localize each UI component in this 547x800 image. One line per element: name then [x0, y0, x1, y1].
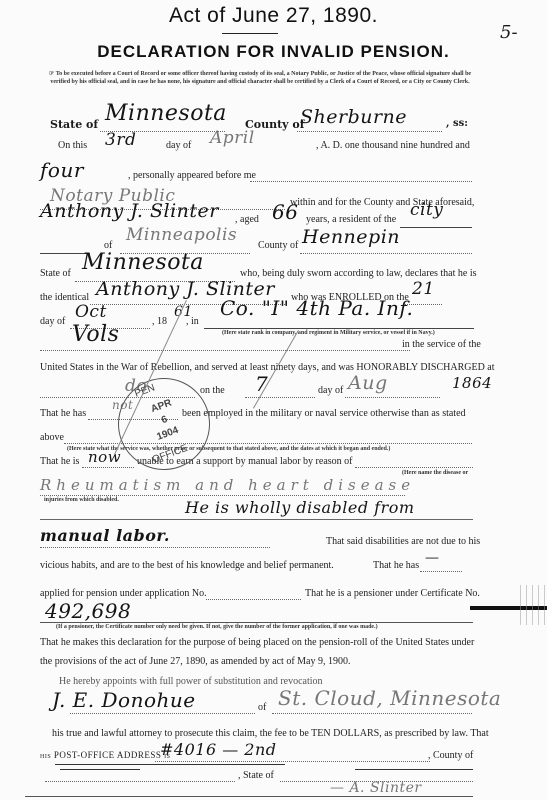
date-day-value[interactable]: 3rd	[105, 130, 136, 150]
has-applied-line	[420, 571, 462, 572]
stamp-bottom: OFFICE	[151, 443, 189, 466]
unit-line	[204, 328, 474, 329]
above-label: above	[40, 432, 64, 443]
disability-prefix: That he is	[40, 456, 79, 467]
discharge-day-of: day of	[318, 385, 343, 396]
appeared-text: , personally appeared before me	[128, 170, 256, 181]
disability-line-2-rule	[40, 519, 473, 520]
po-county-of: , County of	[428, 750, 473, 761]
attorney-location-line	[272, 713, 472, 714]
claimant-state-label: State of	[40, 268, 71, 279]
stamp-day: 6	[160, 414, 169, 426]
discharge-day-line	[245, 397, 315, 398]
instructions-note: ☞ To be executed before a Court of Recor…	[40, 70, 480, 86]
form-title: DECLARATION FOR INVALID PENSION.	[0, 42, 547, 62]
venue-state-value[interactable]: Minnesota	[105, 101, 227, 126]
purpose-line-2: the provisions of the act of June 27, 18…	[40, 656, 351, 667]
officer-suffix: within and for the County and State afor…	[290, 197, 474, 208]
strike-line-3	[355, 769, 473, 770]
disability-line-3[interactable]: manual labor.	[40, 526, 170, 545]
certificate-hint: (If a pensioner, the Certificate number …	[56, 624, 378, 630]
pensioner-label: That he is a pensioner under Certificate…	[305, 588, 480, 599]
date-month-value[interactable]: April	[210, 128, 255, 148]
disability-line-1-rule	[40, 495, 405, 496]
attorney-of-label: of	[258, 702, 266, 713]
service-suffix: in the service of the	[402, 339, 481, 350]
disability-line-3-rule	[40, 547, 270, 548]
discharge-month[interactable]: Aug	[348, 372, 388, 394]
disability-reason-line	[355, 467, 473, 468]
margin-marks	[520, 585, 547, 625]
title-divider	[222, 33, 278, 34]
other-service-prefix: That he has	[40, 408, 86, 419]
enrolled-unit[interactable]: Co. "I" 4th Pa. Inf.	[220, 296, 413, 320]
enrolled-day[interactable]: 21	[412, 279, 435, 299]
venue-ss: , ss:	[446, 118, 468, 129]
date-suffix: , A. D. one thousand nine hundred and	[316, 140, 470, 151]
disability-line-1[interactable]: Rheumatism and heart disease	[40, 476, 415, 494]
in-label: , in	[186, 316, 199, 327]
date-prefix: On this	[58, 140, 87, 151]
resident-label: years, a resident of the	[306, 214, 396, 225]
discharge-year[interactable]: 1864	[452, 374, 492, 392]
certificate-number[interactable]: 492,698	[45, 599, 131, 623]
enrolled-day-of: day of	[40, 316, 65, 327]
claimant-state[interactable]: Minnesota	[82, 250, 204, 275]
po-county-line	[45, 781, 235, 782]
other-service-suffix: been employed in the military or naval s…	[182, 408, 466, 419]
bottom-rule	[25, 796, 473, 797]
bottom-signature[interactable]: — A. Slinter	[330, 780, 422, 796]
venue-county-line	[297, 131, 442, 132]
page-mark: 5-	[500, 22, 518, 43]
has-applied-label: That he has	[373, 560, 419, 571]
po-state-of: , State of	[238, 770, 274, 781]
disability-vicious: vicious habits, and are to the best of h…	[40, 560, 334, 571]
attorney-name-line	[70, 713, 255, 714]
po-label: his POST-OFFICE ADDRESS is	[40, 750, 170, 760]
attorney-location[interactable]: St. Cloud, Minnesota	[278, 686, 501, 710]
disability-not-due: That said disabilities are not due to hi…	[326, 536, 480, 547]
discharge-on-the: on the	[200, 385, 225, 396]
strike-line-1	[55, 764, 285, 765]
claimant-age[interactable]: 66	[272, 200, 298, 224]
attorney-name[interactable]: J. E. Donohue	[52, 688, 196, 712]
county-line	[300, 253, 472, 254]
attorney-line: his true and lawful attorney to prosecut…	[52, 728, 489, 739]
po-value[interactable]: #4016 — 2nd	[160, 740, 277, 759]
disability-hint-left: injuries from which disabled.	[44, 497, 119, 503]
sworn-text: who, being duly sworn according to law, …	[240, 268, 477, 279]
purpose-line-1: That he makes this declaration for the p…	[40, 637, 474, 648]
claimant-name[interactable]: Anthony J. Slinter	[40, 200, 219, 222]
claimant-county[interactable]: Hennepin	[302, 226, 400, 248]
act-title: Act of June 27, 1890.	[0, 4, 547, 28]
claimant-city[interactable]: Minneapolis	[126, 225, 237, 245]
disability-line-2[interactable]: He is wholly disabled from	[185, 498, 415, 517]
has-applied-value[interactable]: —	[425, 550, 440, 566]
disability-value-line	[82, 467, 134, 468]
unit-continuation[interactable]: Vols	[72, 322, 119, 347]
stamp-month: APR	[150, 398, 174, 416]
discharge-month-line	[345, 397, 440, 398]
appeared-line	[250, 181, 472, 182]
venue-state-label: State of	[50, 118, 98, 131]
po-line	[155, 761, 430, 762]
date-year-value[interactable]: four	[40, 158, 84, 182]
resident-type-line	[400, 227, 472, 228]
aged-label: , aged	[235, 214, 259, 225]
claimant-county-label: County of	[258, 240, 298, 251]
stamp-year: 1904	[155, 425, 180, 443]
resident-type[interactable]: city	[410, 200, 443, 220]
year-prefix: , 18	[152, 316, 167, 327]
unit-cont-line	[40, 350, 410, 351]
date-day-of: day of	[166, 140, 191, 151]
application-label: applied for pension under application No…	[40, 588, 207, 599]
strike-line-2	[60, 769, 140, 770]
application-line	[206, 599, 301, 600]
certificate-line	[40, 622, 473, 623]
venue-county-value[interactable]: Sherburne	[300, 106, 407, 128]
enrolled-month[interactable]: Oct	[75, 302, 107, 322]
unit-hint: (Here state rank in company, and regimen…	[222, 330, 435, 336]
